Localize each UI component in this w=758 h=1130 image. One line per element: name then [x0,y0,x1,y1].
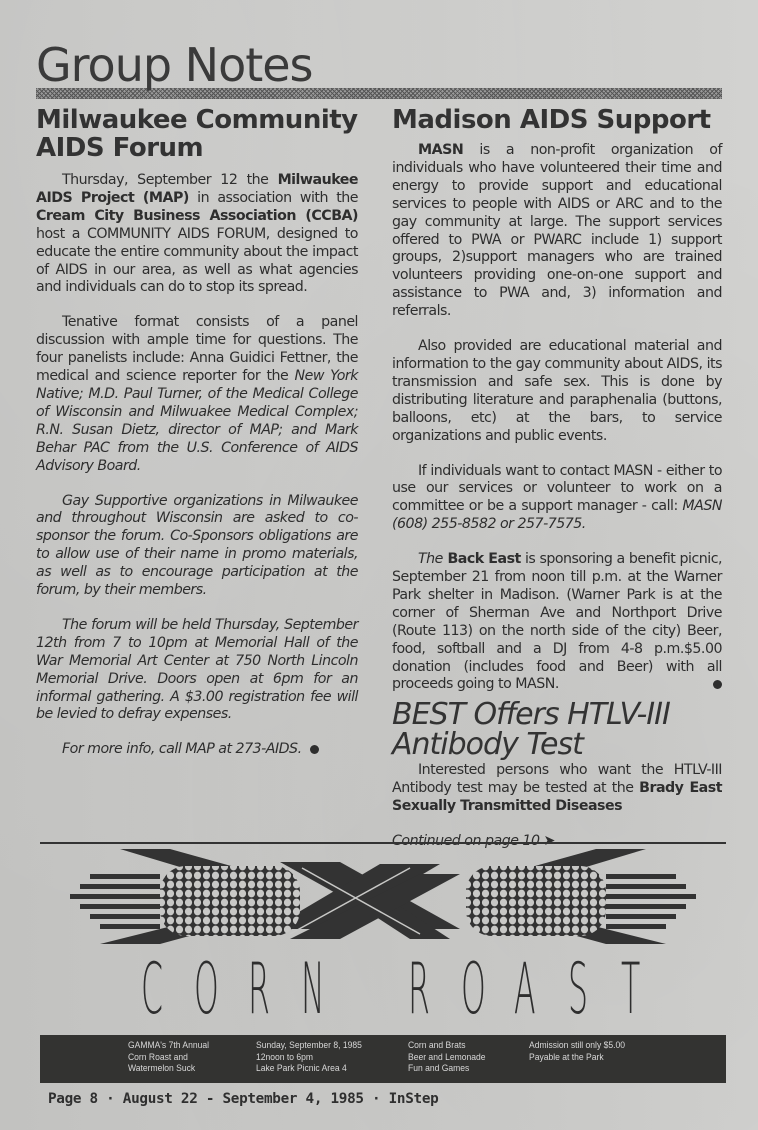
end-bullet-icon [713,680,722,689]
ad-admission: Admission still only $5.00 Payable at th… [529,1040,664,1083]
info-line: Lake Park Picnic Area 4 [256,1063,393,1075]
ad-event-offerings: Corn and Brats Beer and Lemonade Fun and… [408,1040,517,1083]
right-column: Madison AIDS Support MASN is a non-profi… [392,106,722,851]
ad-event-when-where: Sunday, September 8, 1985 12noon to 6pm … [256,1040,393,1083]
title-letter: R [408,949,426,1029]
article-paragraph: If individuals want to contact MASN - ei… [392,463,722,535]
text-run: The [418,551,443,567]
title-letter: S [568,949,586,1029]
text-run: If individuals want to contact MASN - ei… [392,463,722,515]
info-line: Corn Roast and [128,1052,243,1064]
headline-best-test: BEST Offers HTLV-III Antibody Test [392,700,722,760]
ad-info-bar: GAMMA's 7th Annual Corn Roast and Waterm… [40,1035,726,1083]
title-letter: C [141,949,159,1029]
ad-event-name: GAMMA's 7th Annual Corn Roast and Waterm… [128,1040,243,1083]
title-letter: T [621,949,639,1029]
info-line: Payable at the Park [529,1052,664,1064]
title-letter: N [301,949,319,1029]
title-letter: R [248,949,266,1029]
headline-milwaukee-forum: Milwaukee Community AIDS Forum [36,106,358,162]
article-paragraph: Gay Supportive organizations in Milwauke… [36,493,358,600]
info-line: Watermelon Suck [128,1063,243,1075]
org-name-back-east: Back East [443,551,521,567]
title-letter: A [514,949,532,1029]
masthead: Group Notes [36,40,722,99]
title-letter: O [194,949,212,1029]
info-line: Sunday, September 8, 1985 [256,1040,393,1052]
article-paragraph: The forum will be held Thursday, Septemb… [36,617,358,724]
section-title: Group Notes [36,40,722,90]
text-run: Thursday, September 12 the [62,172,278,188]
corn-roast-advertisement: C O R N R O A S T GAMMA's 7th Annual Cor… [40,842,726,1084]
crossed-corn-cobs-icon [40,844,726,949]
article-paragraph: Also provided are educational material a… [392,338,722,445]
org-name-ccba: Cream City Business Association (CCBA) [36,208,358,224]
text-run: is sponsoring a benefit picnic, Septembe… [392,551,722,692]
info-line: Beer and Lemonade [408,1052,517,1064]
article-paragraph: Interested persons who want the HTLV-III… [392,762,722,816]
page-footer: Page 8 · August 22 - September 4, 1985 ·… [48,1091,438,1107]
text-run: is a non-profit organization of individu… [392,142,722,319]
title-letter: O [461,949,479,1029]
article-paragraph: Tenative format consists of a panel disc… [36,314,358,475]
text-run: host a COMMUNITY AIDS FORUM, designed to… [36,226,358,296]
end-bullet-icon [310,745,319,754]
headline-madison-support: Madison AIDS Support [392,106,722,134]
info-line: GAMMA's 7th Annual [128,1040,243,1052]
contact-text: For more info, call MAP at 273-AIDS. [62,741,302,757]
info-line: Fun and Games [408,1063,517,1075]
article-paragraph: Thursday, September 12 the Milwaukee AID… [36,172,358,297]
info-line: Corn and Brats [408,1040,517,1052]
contact-line: For more info, call MAP at 273-AIDS. [36,741,358,759]
left-column: Milwaukee Community AIDS Forum Thursday,… [36,106,358,759]
ad-title: C O R N R O A S T [130,949,650,1029]
article-paragraph: MASN is a non-profit organization of ind… [392,142,722,321]
article-paragraph: The Back East is sponsoring a benefit pi… [392,551,722,694]
info-line: Admission still only $5.00 [529,1040,664,1052]
org-name-masn: MASN [418,142,463,158]
text-run: in association with the [189,190,358,206]
info-line: 12noon to 6pm [256,1052,393,1064]
